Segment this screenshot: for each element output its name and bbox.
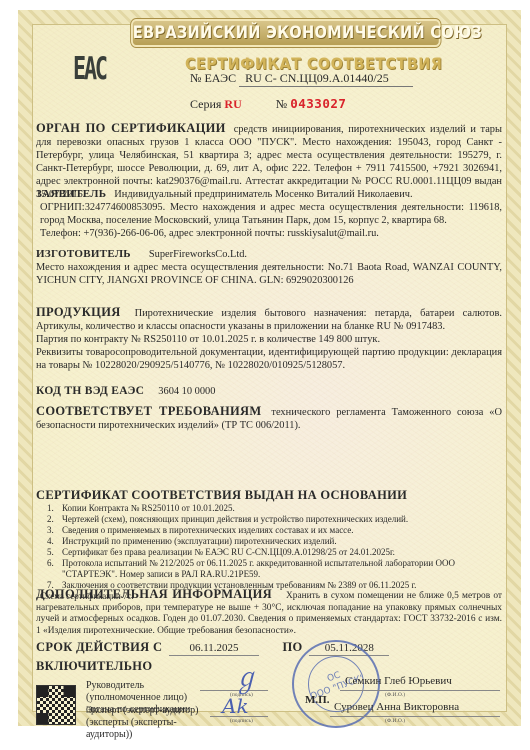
certification-body-heading: ОРГАН ПО СЕРТИФИКАЦИИ bbox=[36, 121, 226, 135]
basis-heading: СЕРТИФИКАТ СООТВЕТСТВИЯ ВЫДАН НА ОСНОВАН… bbox=[36, 490, 494, 501]
manufacturer-section: ИЗГОТОВИТЕЛЬSuperFireworksCo.Ltd. Место … bbox=[36, 248, 502, 287]
manufacturer-address: Место нахождения и адрес места осуществл… bbox=[36, 261, 502, 287]
product-heading: ПРОДУКЦИЯ bbox=[36, 305, 121, 319]
number-label: № bbox=[276, 97, 287, 111]
basis-item: Сведения о применяемых в пиротехнических… bbox=[56, 525, 502, 536]
manufacturer-heading: ИЗГОТОВИТЕЛЬ bbox=[36, 248, 131, 260]
applicant-name: Индивидуальный предприниматель Мосенко В… bbox=[114, 189, 412, 200]
product-docs: Реквизиты товаросопроводительной докумен… bbox=[36, 346, 502, 372]
basis-item: Сертификат без права реализации № ЕАЭС R… bbox=[56, 547, 502, 558]
basis-item: Протокола испытаний № 212/2025 от 06.11.… bbox=[56, 558, 502, 580]
valid-from-date: 06.11.2025 bbox=[169, 642, 259, 656]
series-value: RU bbox=[224, 97, 241, 111]
product-section: ПРОДУКЦИЯПиротехнические изделия бытовог… bbox=[36, 306, 502, 372]
hs-code-value: 3604 10 0000 bbox=[158, 386, 215, 397]
reg-label: № ЕАЭС bbox=[190, 71, 236, 85]
validity-from-heading: СРОК ДЕЙСТВИЯ С bbox=[36, 640, 162, 654]
series-line: Серия RU № 0433027 bbox=[190, 96, 346, 112]
additional-info-section: ДОПОЛНИТЕЛЬНАЯ ИНФОРМАЦИЯХранить в сухом… bbox=[36, 589, 502, 637]
registration-number: № ЕАЭС RU C- CN.ЦЦ09.А.01440/25 bbox=[190, 71, 413, 87]
basis-item: Копии Контракта № RS250110 от 10.01.2025… bbox=[56, 503, 502, 514]
manufacturer-name: SuperFireworksCo.Ltd. bbox=[149, 249, 247, 260]
validity-to-heading: ПО bbox=[283, 640, 303, 654]
applicant-heading: ЗАЯВИТЕЛЬ bbox=[36, 188, 106, 200]
expert-name-line bbox=[330, 716, 500, 717]
eac-logo: ЕАС bbox=[73, 51, 106, 87]
head-name-caption: (Ф.И.О.) bbox=[385, 692, 405, 698]
expert-signature-caption: (подпись) bbox=[230, 718, 253, 724]
reg-value: RU C- CN.ЦЦ09.А.01440/25 bbox=[239, 71, 413, 87]
applicant-contacts: Телефон: +7(936)-266-06-06, адрес электр… bbox=[36, 227, 502, 240]
applicant-address: ОГРНИП:324774600853095. Место нахождения… bbox=[36, 201, 502, 227]
union-banner: ЕВРАЗИЙСКИЙ ЭКОНОМИЧЕСКИЙ СОЮЗ bbox=[131, 19, 441, 47]
validity-section: СРОК ДЕЙСТВИЯ С 06.11.2025 ПО 05.11.2028… bbox=[36, 641, 502, 673]
expert-signature: Ak bbox=[222, 694, 249, 718]
expert-name: Суровец Анна Викторовна bbox=[334, 701, 459, 713]
head-name: Семкин Глеб Юрьевич bbox=[345, 675, 452, 687]
basis-item: Чертежей (схем), поясняющих принцип дейс… bbox=[56, 514, 502, 525]
blank-number: 0433027 bbox=[290, 96, 346, 111]
expert-label: Эксперт (эксперт-аудитор) (эксперты (экс… bbox=[86, 705, 216, 741]
basis-section: СЕРТИФИКАТ СООТВЕТСТВИЯ ВЫДАН НА ОСНОВАН… bbox=[36, 490, 502, 602]
hs-code-section: КОД ТН ВЭД ЕАЭС3604 10 0000 bbox=[36, 385, 502, 398]
applicant-section: ЗАЯВИТЕЛЬИндивидуальный предприниматель … bbox=[36, 188, 502, 240]
requirements-heading: СООТВЕТСТВУЕТ ТРЕБОВАНИЯМ bbox=[36, 404, 261, 418]
seal-label: М.П. bbox=[305, 694, 329, 706]
basis-list: Копии Контракта № RS250110 от 10.01.2025… bbox=[36, 503, 502, 591]
additional-info-heading: ДОПОЛНИТЕЛЬНАЯ ИНФОРМАЦИЯ bbox=[36, 587, 272, 601]
product-batch: Партия по контракту № RS250110 от 10.01.… bbox=[36, 333, 502, 346]
validity-inclusive: ВКЛЮЧИТЕЛЬНО bbox=[36, 660, 494, 673]
expert-name-caption: (Ф.И.О.) bbox=[385, 718, 405, 724]
head-name-line bbox=[340, 690, 500, 691]
series-label: Серия bbox=[190, 97, 221, 111]
hs-code-heading: КОД ТН ВЭД ЕАЭС bbox=[36, 385, 144, 397]
basis-item: Инструкций по применению (эксплуатации) … bbox=[56, 536, 502, 547]
requirements-section: СООТВЕТСТВУЕТ ТРЕБОВАНИЯМтехнического ре… bbox=[36, 405, 502, 432]
qr-code[interactable] bbox=[36, 685, 76, 725]
